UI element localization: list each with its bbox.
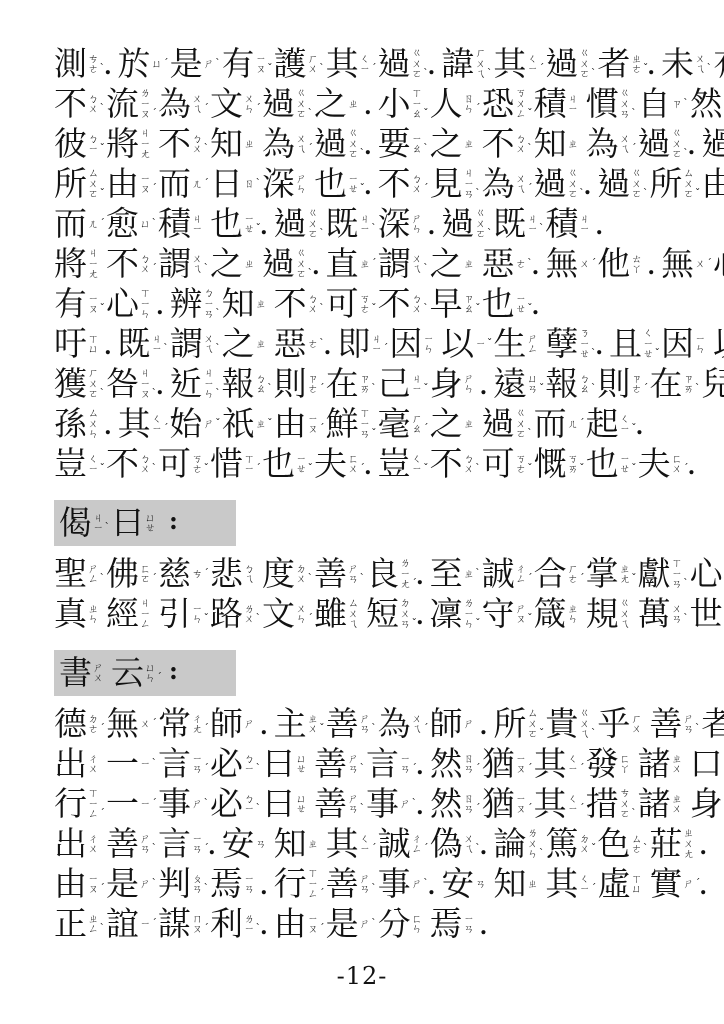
- tone-mark: ˊ: [591, 884, 597, 894]
- char-with-zhuyin: 其ㄑㄧˊ: [534, 744, 586, 784]
- hanzi-character: 為: [482, 165, 515, 203]
- zhuyin-annotation: ㄧˊ: [140, 918, 151, 930]
- hanzi-character: 可: [158, 445, 191, 483]
- zhuyin-symbol: ㄛ: [579, 69, 590, 80]
- char-with-zhuyin: 經ㄐㄧㄥ: [106, 594, 158, 634]
- text-line: 行ㄒㄧㄥˊ一ㄧˊ事ㄕˋ必ㄅㄧˋ曰ㄩㄝ善ㄕㄢˋ事ㄕˋ.然ㄖㄢˊ猶ㄧㄡˊ其ㄑㄧˊ措ㄘ…: [54, 784, 684, 824]
- char-with-zhuyin: 者ㄓㄜˇ: [597, 44, 649, 84]
- text-line: 孫ㄙㄨㄣ.其ㄑㄧˊ始ㄕˇ祇ㄓˇ由ㄧㄡˊ鮮ㄒㄧㄢˇ毫ㄏㄠˊ之ㄓ過ㄍㄨㄛˋ而ㄦˊ起ㄑ…: [54, 404, 684, 444]
- zhuyin-annotation: ㄧㄡˊ: [516, 754, 527, 775]
- char-with-zhuyin: 過ㄍㄨㄛˋ: [441, 204, 493, 244]
- zhuyin-symbol: ㄤ: [683, 849, 694, 860]
- zhuyin-symbol: ㄢ: [140, 844, 151, 855]
- hanzi-character: 有: [713, 45, 724, 83]
- hanzi-character: 所: [493, 705, 526, 743]
- zhuyin-symbol: ㄜ: [360, 304, 371, 315]
- zhuyin-annotation: ㄩˊ: [152, 58, 163, 70]
- hanzi-character: 其: [534, 785, 567, 823]
- zhuyin-symbol: ㄞ: [568, 464, 579, 475]
- hanzi-character: 偈: [59, 504, 92, 542]
- hanzi-character: 且: [609, 325, 642, 363]
- zhuyin-symbol: ㄧ: [579, 224, 590, 235]
- zhuyin-annotation: ㄧㄡˇ: [256, 54, 267, 75]
- zhuyin-symbol: ㄤ: [400, 579, 411, 590]
- tone-mark: ˊ: [371, 64, 377, 74]
- char-with-zhuyin: 咎ㄐㄧㄡˋ: [106, 364, 158, 404]
- hanzi-character: 云: [111, 654, 144, 692]
- char-with-zhuyin: 然ㄖㄢˊ: [430, 784, 482, 824]
- hanzi-character: 真: [54, 595, 87, 633]
- char-with-zhuyin: 深ㄕㄣ: [262, 164, 314, 204]
- text-line: 出ㄔㄨ善ㄕㄢˋ言ㄧㄢˊ.安ㄢ知ㄓ其ㄑㄧˊ誠ㄔㄥˊ偽ㄨㄟˋ.論ㄌㄨㄣˋ篤ㄉㄨˇ色ㄙ…: [54, 824, 684, 864]
- char-with-zhuyin: 生ㄕㄥ: [493, 324, 545, 364]
- zhuyin-symbol: ㄧ: [360, 64, 371, 75]
- hanzi-character: 諸: [638, 745, 671, 783]
- zhuyin-symbol: ㄓ: [244, 139, 255, 150]
- tone-mark: ˋ: [256, 924, 262, 934]
- char-with-zhuyin: 為ㄨㄟˊ: [262, 124, 314, 164]
- char-with-zhuyin: 積ㄐㄧ: [158, 204, 210, 244]
- hanzi-character: 安: [222, 825, 255, 863]
- zhuyin-symbol: ㄢ: [672, 614, 683, 625]
- hanzi-character: 孽: [545, 325, 578, 363]
- zhuyin-symbol: ㄨ: [140, 464, 151, 475]
- zhuyin-symbol: ㄓ: [256, 339, 267, 350]
- zhuyin-annotation: ㄙㄨㄟ: [348, 598, 359, 630]
- zhuyin-symbol: ㄧ: [192, 224, 203, 235]
- hanzi-character: 知: [210, 125, 243, 163]
- hanzi-character: 文: [210, 85, 243, 123]
- tone-mark: ˋ: [487, 69, 493, 79]
- hanzi-character: 即: [337, 325, 370, 363]
- zhuyin-symbol: ㄡ: [88, 884, 99, 895]
- tone-mark: ˋ: [319, 64, 325, 74]
- hanzi-character: 早: [430, 285, 463, 323]
- hanzi-character: 過: [638, 125, 671, 163]
- punctuation-mark: .: [416, 756, 424, 778]
- char-with-zhuyin: 過ㄍㄨㄛˋ: [545, 44, 597, 84]
- zhuyin-annotation: ㄘㄜˋ: [88, 54, 99, 75]
- char-with-zhuyin: 善ㄕㄢˋ: [314, 784, 366, 824]
- hanzi-character: 深: [262, 165, 295, 203]
- hanzi-character: 咎: [106, 365, 139, 403]
- hanzi-character: 慈: [158, 555, 191, 593]
- char-with-zhuyin: 過ㄍㄨㄛˋ: [314, 124, 366, 164]
- zhuyin-symbol: ㄟ: [516, 184, 527, 195]
- hanzi-character: 曰: [262, 785, 295, 823]
- tone-mark: ˇ: [527, 304, 533, 314]
- zhuyin-annotation: ㄅㄨˋ: [88, 94, 99, 115]
- tone-mark: ˋ: [683, 99, 689, 109]
- zhuyin-symbol: ㄧ: [568, 104, 579, 115]
- zhuyin-symbol: ㄢ: [348, 574, 359, 585]
- char-with-zhuyin: 箴ㄓㄣ: [534, 594, 586, 634]
- zhuyin-annotation: ㄧㄡˇ: [88, 294, 99, 315]
- char-with-zhuyin: 口ㄎㄡˇ: [690, 744, 724, 784]
- hanzi-character: 猶: [482, 785, 515, 823]
- zhuyin-annotation: ㄨㄟˊ: [516, 174, 527, 195]
- char-with-zhuyin: 誼ㄧˊ: [106, 904, 158, 944]
- zhuyin-symbol: ㄣ: [695, 344, 706, 355]
- hanzi-character: 然: [690, 85, 723, 123]
- hanzi-character: 安: [441, 865, 474, 903]
- hanzi-character: 為: [262, 125, 295, 163]
- char-with-zhuyin: 獲ㄏㄨㄛˋ: [54, 364, 106, 404]
- char-with-zhuyin: 書ㄕㄨ: [59, 653, 111, 693]
- hanzi-character: 也: [482, 285, 515, 323]
- char-with-zhuyin: 之ㄓ: [210, 244, 262, 284]
- zhuyin-symbol: ㄢ: [360, 724, 371, 735]
- hanzi-character: 其: [534, 745, 567, 783]
- tone-mark: ˊ: [152, 919, 158, 929]
- char-with-zhuyin: 必ㄅㄧˋ: [210, 744, 262, 784]
- zhuyin-annotation: ㄕㄥˋ: [88, 564, 99, 585]
- tone-mark: ˇ: [631, 464, 637, 474]
- char-with-zhuyin: 分ㄈㄣ: [378, 904, 430, 944]
- zhuyin-symbol: ㄕ: [204, 419, 215, 430]
- zhuyin-annotation: ㄓㄨˇ: [308, 714, 319, 735]
- tone-mark: ˋ: [579, 189, 585, 199]
- zhuyin-annotation: ㄩㄣˊ: [145, 663, 156, 684]
- hanzi-character: 善: [326, 705, 359, 743]
- tone-mark: ˇ: [267, 64, 273, 74]
- zhuyin-symbol: ㄕ: [244, 719, 255, 730]
- punctuation-mark: .: [156, 376, 164, 398]
- char-with-zhuyin: 可ㄎㄜˇ: [158, 444, 210, 484]
- zhuyin-symbol: ㄨ: [140, 264, 151, 275]
- zhuyin-annotation: ㄍㄨㄛˋ: [308, 208, 319, 240]
- zhuyin-annotation: ㄑㄧˊ: [527, 54, 538, 75]
- hanzi-character: 書: [59, 654, 92, 692]
- zhuyin-annotation: ㄧㄝˇ: [296, 454, 307, 475]
- hanzi-character: 愈: [106, 205, 139, 243]
- char-with-zhuyin: 常ㄔㄤˊ: [158, 704, 210, 744]
- hanzi-character: 猶: [482, 745, 515, 783]
- hanzi-character: 既: [493, 205, 526, 243]
- hanzi-character: 過: [597, 165, 630, 203]
- zhuyin-annotation: ㄋㄧㄝˋ: [579, 328, 590, 360]
- hanzi-character: 短: [366, 595, 399, 633]
- tone-mark: ˋ: [215, 309, 221, 319]
- tone-mark: ˇ: [100, 144, 106, 154]
- tone-mark: ˋ: [319, 304, 325, 314]
- zhuyin-annotation: ㄧㄢ: [464, 914, 475, 935]
- zhuyin-symbol: ㄣ: [412, 224, 423, 235]
- tone-mark: ˋ: [100, 104, 106, 114]
- hanzi-character: 護: [274, 45, 307, 83]
- char-with-zhuyin: 正ㄓㄥˋ: [54, 904, 106, 944]
- hanzi-character: 乎: [597, 705, 630, 743]
- tone-mark: ˋ: [527, 259, 533, 269]
- zhuyin-annotation: ㄕˋ: [400, 798, 411, 810]
- hanzi-character: 曰: [262, 745, 295, 783]
- hanzi-character: 其: [326, 825, 359, 863]
- char-with-zhuyin: 事ㄕˋ: [378, 864, 430, 904]
- hanzi-character: 在: [326, 365, 359, 403]
- tone-mark: ˋ: [412, 799, 418, 809]
- char-with-zhuyin: 知ㄓ: [210, 124, 262, 164]
- punctuation-mark: .: [595, 216, 603, 238]
- zhuyin-symbol: ㄨ: [579, 259, 590, 270]
- char-with-zhuyin: 因ㄧㄣ: [389, 324, 441, 364]
- tone-mark: ˇ: [591, 844, 597, 854]
- punctuation-mark: .: [428, 216, 436, 238]
- zhuyin-annotation: ㄓㄣ: [88, 604, 99, 625]
- char-with-zhuyin: 而ㄦˊ: [54, 204, 106, 244]
- char-with-zhuyin: 者ㄓㄜˇ: [701, 704, 724, 744]
- char-with-zhuyin: 惡ㄜˋ: [274, 324, 326, 364]
- punctuation-mark: .: [532, 256, 540, 278]
- tone-mark: ˋ: [527, 144, 533, 154]
- char-with-zhuyin: 師ㄕ: [210, 704, 262, 744]
- zhuyin-symbol: ㄣ: [464, 104, 475, 115]
- zhuyin-annotation: ㄗㄠˇ: [464, 294, 475, 315]
- hanzi-character: 不: [482, 125, 515, 163]
- zhuyin-annotation: ㄑㄧˇ: [620, 414, 631, 435]
- zhuyin-symbol: ㄕ: [204, 59, 215, 70]
- char-with-zhuyin: 毫ㄏㄠˊ: [378, 404, 430, 444]
- char-with-zhuyin: 判ㄆㄢˋ: [158, 864, 210, 904]
- tone-mark: ˋ: [695, 724, 701, 734]
- char-with-zhuyin: 過ㄍㄨㄛˋ: [534, 164, 586, 204]
- zhuyin-symbol: ㄕ: [140, 879, 151, 890]
- punctuation-mark: .: [699, 836, 707, 858]
- hanzi-character: 過: [274, 205, 307, 243]
- hanzi-character: 焉: [210, 865, 243, 903]
- punctuation-mark: .: [688, 456, 696, 478]
- char-with-zhuyin: 悲ㄅㄟ: [210, 554, 262, 594]
- zhuyin-symbol: ㄧ: [244, 924, 255, 935]
- hanzi-character: 惡: [274, 325, 307, 363]
- zhuyin-annotation: ㄒㄧㄢˋ: [672, 558, 683, 590]
- char-with-zhuyin: 有ㄧㄡˇ: [222, 44, 274, 84]
- zhuyin-symbol: ㄨ: [88, 764, 99, 775]
- char-with-zhuyin: 曰ㄩㄝ: [111, 503, 163, 543]
- hanzi-character: 由: [274, 905, 307, 943]
- char-with-zhuyin: 不ㄅㄨˊ: [378, 164, 430, 204]
- char-with-zhuyin: 愈ㄩˋ: [106, 204, 158, 244]
- hanzi-character: 其: [326, 45, 359, 83]
- char-with-zhuyin: 德ㄉㄜˊ: [54, 704, 106, 744]
- char-with-zhuyin: 行ㄒㄧㄥˊ: [274, 864, 326, 904]
- zhuyin-annotation: ㄈㄛˊ: [140, 564, 151, 585]
- zhuyin-symbol: ㄢ: [192, 844, 203, 855]
- char-with-zhuyin: 路ㄌㄨˋ: [210, 594, 262, 634]
- hanzi-character: 不: [378, 285, 411, 323]
- hanzi-character: 自: [638, 85, 671, 123]
- hanzi-character: 貴: [545, 705, 578, 743]
- char-with-zhuyin: 安ㄢ: [222, 824, 274, 864]
- page-content: 測ㄘㄜˋ.於ㄩˊ是ㄕˋ有ㄧㄡˇ護ㄏㄨˋ其ㄑㄧˊ過ㄍㄨㄛˋ.諱ㄏㄨㄟˋ其ㄑㄧˊ過ㄍ…: [54, 44, 684, 944]
- hanzi-character: 言: [366, 745, 399, 783]
- hanzi-character: 測: [54, 45, 87, 83]
- char-with-zhuyin: 己ㄐㄧˇ: [378, 364, 430, 404]
- zhuyin-annotation: ㄍㄨㄛˋ: [412, 48, 423, 80]
- zhuyin-annotation: ㄏㄨˋ: [308, 54, 319, 75]
- zhuyin-annotation: ㄧㄢˊ: [192, 834, 203, 855]
- hanzi-character: 至: [430, 555, 463, 593]
- tone-mark: ˊ: [579, 419, 585, 429]
- hanzi-character: 過: [378, 45, 411, 83]
- zhuyin-symbol: ㄓ: [568, 139, 579, 150]
- zhuyin-symbol: ㄧ: [244, 464, 255, 475]
- hanzi-character: 分: [378, 905, 411, 943]
- char-with-zhuyin: 兒ㄦˊ: [701, 364, 724, 404]
- zhuyin-symbol: ㄛ: [683, 189, 694, 200]
- zhuyin-annotation: ㄒㄩ: [631, 874, 642, 895]
- tone-mark: ˇ: [423, 109, 429, 119]
- tone-mark: ˋ: [308, 109, 314, 119]
- tone-mark: ˇ: [371, 304, 377, 314]
- hanzi-character: 而: [54, 205, 87, 243]
- hanzi-character: 善: [314, 745, 347, 783]
- punctuation-mark: .: [480, 716, 488, 738]
- hanzi-character: 掌: [586, 555, 619, 593]
- tone-mark: ˇ: [412, 619, 418, 629]
- char-with-zhuyin: 以ㄧˇ: [713, 324, 724, 364]
- zhuyin-annotation: ㄧㄢˊ: [400, 754, 411, 775]
- tone-mark: ˇ: [308, 464, 314, 474]
- zhuyin-annotation: ㄙㄨㄣ: [88, 408, 99, 440]
- hanzi-character: 言: [158, 825, 191, 863]
- zhuyin-symbol: ㄝ: [579, 349, 590, 360]
- char-with-zhuyin: 因ㄧㄣ: [661, 324, 713, 364]
- zhuyin-symbol: ㄦ: [568, 419, 579, 430]
- zhuyin-symbol: ㄨ: [348, 464, 359, 475]
- zhuyin-symbol: ㄥ: [516, 109, 527, 120]
- tone-mark: ˊ: [683, 464, 689, 474]
- tone-mark: ˇ: [256, 224, 262, 234]
- zhuyin-annotation: ㄒㄧㄥˊ: [88, 788, 99, 820]
- char-with-zhuyin: 心ㄒㄧㄣ: [106, 284, 158, 324]
- tone-mark: ˇ: [643, 64, 649, 74]
- hanzi-character: 不: [54, 85, 87, 123]
- punctuation-mark: .: [480, 916, 488, 938]
- zhuyin-symbol: ㄨ: [412, 304, 423, 315]
- char-with-zhuyin: 文ㄨㄣˊ: [262, 594, 314, 634]
- zhuyin-symbol: ㄝ: [296, 804, 307, 815]
- hanzi-character: 己: [378, 365, 411, 403]
- tone-mark: ˇ: [631, 574, 637, 584]
- zhuyin-annotation: ㄕㄢˋ: [360, 874, 371, 895]
- hanzi-character: 實: [649, 865, 682, 903]
- punctuation-mark: .: [364, 456, 372, 478]
- hanzi-character: 誼: [106, 905, 139, 943]
- hanzi-character: 文: [262, 595, 295, 633]
- zhuyin-annotation: ㄓˊ: [360, 258, 371, 270]
- punctuation-mark: .: [428, 876, 436, 898]
- zhuyin-symbol: ㄘ: [192, 569, 203, 580]
- tone-mark: ˊ: [256, 464, 262, 474]
- char-with-zhuyin: 既ㄐㄧˋ: [118, 324, 170, 364]
- hanzi-character: 者: [597, 45, 630, 83]
- zhuyin-annotation: ㄨㄟˊ: [192, 94, 203, 115]
- zhuyin-symbol: ㄝ: [516, 304, 527, 315]
- tone-mark: ˊ: [579, 574, 585, 584]
- zhuyin-symbol: ㄩ: [140, 219, 151, 230]
- hanzi-character: 豈: [378, 445, 411, 483]
- zhuyin-annotation: ㄇㄡˊ: [192, 914, 203, 935]
- char-with-zhuyin: 心ㄒㄧㄣ: [690, 554, 724, 594]
- char-with-zhuyin: 將ㄐㄧㄤ: [54, 244, 106, 284]
- tone-mark: ˋ: [256, 804, 262, 814]
- text-line: 所ㄙㄨㄛˇ由ㄧㄡˊ而ㄦˊ日ㄖˋ深ㄕㄣ也ㄧㄝˇ.不ㄅㄨˊ見ㄐㄧㄢˋ為ㄨㄟˊ過ㄍㄨㄛ…: [54, 164, 684, 204]
- zhuyin-symbol: ㄧ: [140, 799, 151, 810]
- hanzi-character: 起: [586, 405, 619, 443]
- punctuation-mark: .: [156, 296, 164, 318]
- char-with-zhuyin: 誠ㄔㄥˊ: [378, 824, 430, 864]
- zhuyin-annotation: ㄌㄨㄣˋ: [527, 828, 538, 860]
- zhuyin-symbol: ㄨ: [88, 104, 99, 115]
- char-with-zhuyin: 小ㄒㄧㄠˇ: [378, 84, 430, 124]
- hanzi-character: 出: [54, 825, 87, 863]
- zhuyin-symbol: ㄡ: [308, 424, 319, 435]
- zhuyin-symbol: ㄣ: [464, 384, 475, 395]
- zhuyin-symbol: ㄠ: [412, 109, 423, 120]
- zhuyin-symbol: ㄧ: [152, 344, 163, 355]
- char-with-zhuyin: 其ㄑㄧˊ: [326, 824, 378, 864]
- zhuyin-annotation: ㄑㄧˊ: [360, 54, 371, 75]
- hanzi-character: 口: [690, 745, 723, 783]
- zhuyin-symbol: ㄟ: [620, 619, 631, 630]
- char-with-zhuyin: 是ㄕˋ: [170, 44, 222, 84]
- char-with-zhuyin: 始ㄕˇ: [170, 404, 222, 444]
- punctuation-mark: .: [364, 176, 372, 198]
- zhuyin-annotation: ㄍㄨㄛˋ: [568, 168, 579, 200]
- char-with-zhuyin: 之ㄓ: [314, 84, 366, 124]
- tone-mark: ˋ: [215, 59, 221, 69]
- char-with-zhuyin: 諸ㄓㄨ: [638, 744, 690, 784]
- char-with-zhuyin: 且ㄑㄧㄝˇ: [609, 324, 661, 364]
- hanzi-character: 過: [314, 125, 347, 163]
- zhuyin-annotation: ㄖㄢˊ: [464, 754, 475, 775]
- char-with-zhuyin: 過ㄍㄨㄛˋ: [378, 44, 430, 84]
- hanzi-character: 獻: [638, 555, 671, 593]
- zhuyin-annotation: ㄕˇ: [204, 418, 215, 430]
- text-line: 由ㄧㄡˊ是ㄕˋ判ㄆㄢˋ焉ㄧㄢ.行ㄒㄧㄥˊ善ㄕㄢˋ事ㄕˋ.安ㄢ知ㄓ其ㄑㄧˊ虛ㄒㄩ實…: [54, 864, 684, 904]
- char-with-zhuyin: 也ㄧㄝˇ: [586, 444, 638, 484]
- document-page: 測ㄘㄜˋ.於ㄩˊ是ㄕˋ有ㄧㄡˇ護ㄏㄨˋ其ㄑㄧˊ過ㄍㄨㄛˋ.諱ㄏㄨㄟˋ其ㄑㄧˊ過ㄍ…: [0, 0, 724, 1024]
- char-with-zhuyin: 無ㄨˊ: [545, 244, 597, 284]
- hanzi-character: 鮮: [326, 405, 359, 443]
- hanzi-character: 知: [534, 125, 567, 163]
- zhuyin-annotation: ㄐㄧ: [192, 214, 203, 235]
- zhuyin-symbol: ㄡ: [256, 64, 267, 75]
- hanzi-character: 度: [262, 555, 295, 593]
- zhuyin-symbol: ㄢ: [348, 804, 359, 815]
- hanzi-character: 不: [106, 445, 139, 483]
- zhuyin-annotation: ㄕㄣ: [464, 374, 475, 395]
- zhuyin-symbol: ㄥ: [308, 889, 319, 900]
- char-with-zhuyin: 必ㄅㄧˋ: [210, 784, 262, 824]
- tone-mark: ˋ: [423, 879, 429, 889]
- zhuyin-symbol: ㄛ: [516, 429, 527, 440]
- zhuyin-annotation: ㄧˊ: [140, 798, 151, 810]
- zhuyin-annotation: ㄑㄧˊ: [568, 754, 579, 775]
- zhuyin-annotation: ㄓ: [464, 418, 475, 430]
- hanzi-character: 主: [274, 705, 307, 743]
- char-with-zhuyin: 合ㄏㄜˊ: [534, 554, 586, 594]
- char-with-zhuyin: 一ㄧˊ: [106, 784, 158, 824]
- zhuyin-symbol: ㄤ: [192, 724, 203, 735]
- char-with-zhuyin: 知ㄓ: [222, 284, 274, 324]
- tone-mark: ˋ: [319, 339, 325, 349]
- zhuyin-annotation: ㄉㄨㄢˇ: [400, 598, 411, 630]
- tone-mark: ˊ: [371, 259, 377, 269]
- hanzi-character: 是: [170, 45, 203, 83]
- hanzi-character: 萬: [638, 595, 671, 633]
- zhuyin-annotation: ㄧㄢˊ: [192, 754, 203, 775]
